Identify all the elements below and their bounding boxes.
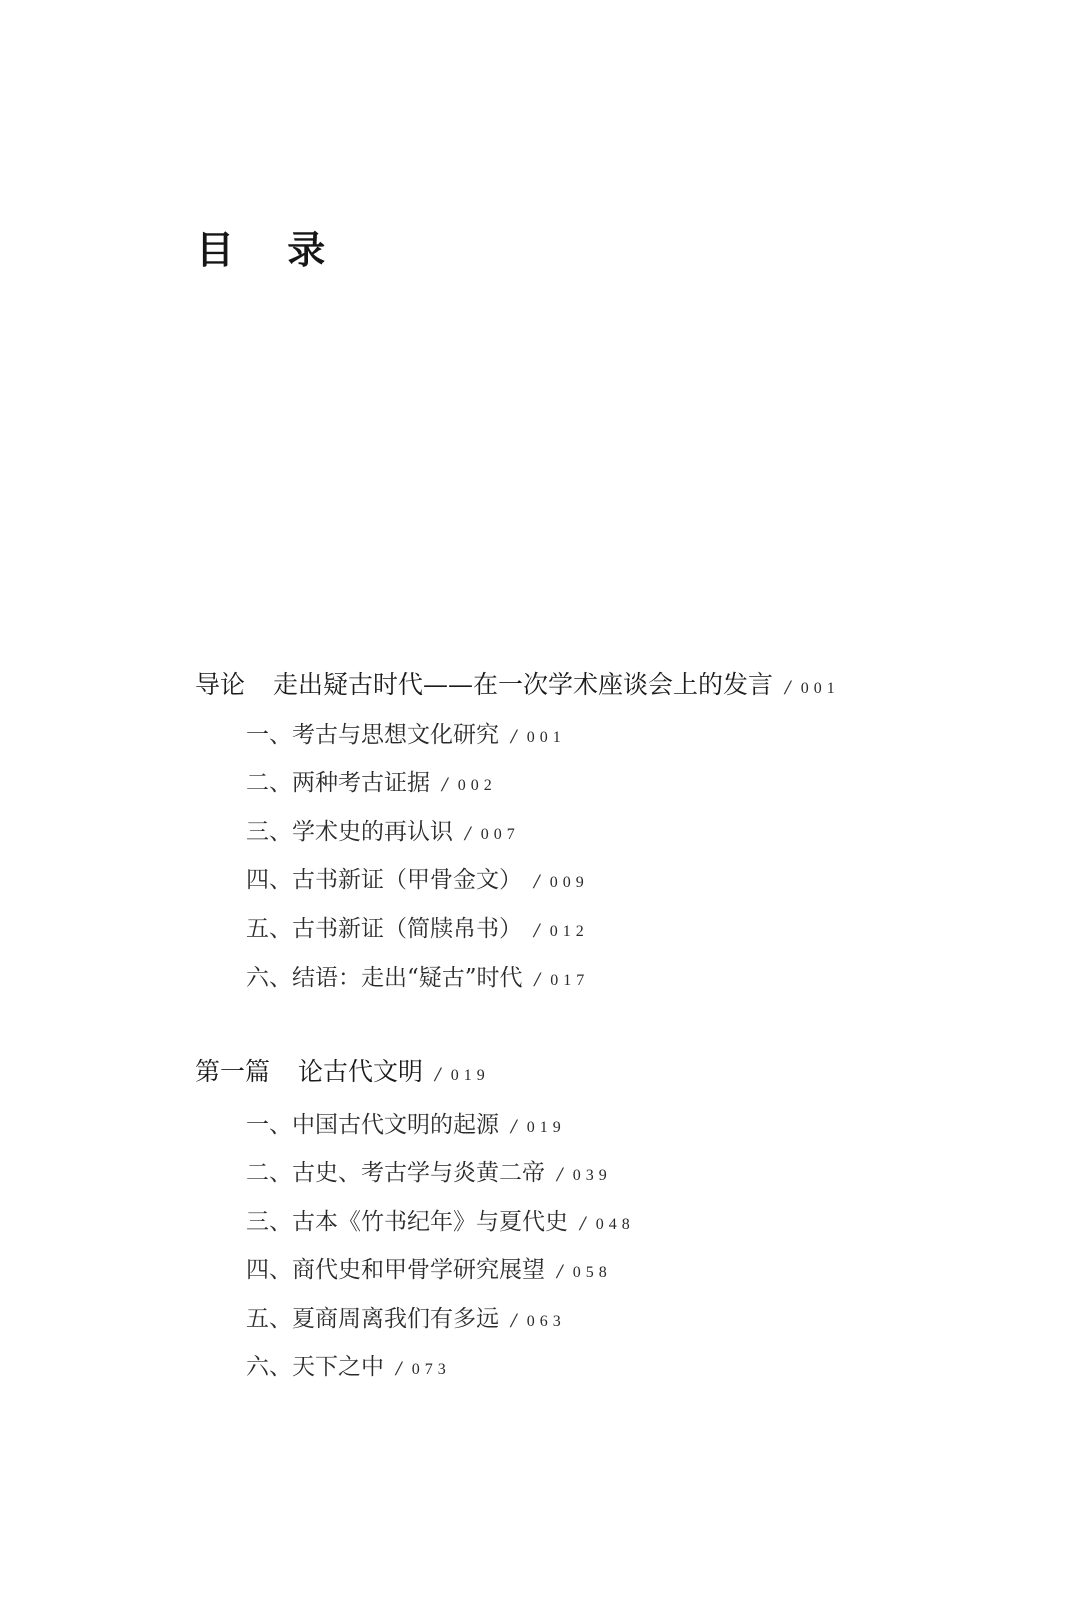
- page-number: 009: [550, 865, 589, 901]
- page-number: 012: [550, 914, 589, 950]
- page-title: 目 录: [196, 226, 345, 274]
- separator: /: [442, 767, 448, 803]
- toc-item-title: 三、古本《竹书纪年》与夏代史: [246, 1209, 568, 1235]
- toc-item-title: 二、古史、考古学与炎黄二帝: [246, 1160, 545, 1186]
- page-number: 017: [550, 963, 589, 999]
- toc-item-title: 四、商代史和甲骨学研究展望: [246, 1257, 545, 1283]
- toc-item-title: 四、古书新证（甲骨金文）: [246, 867, 522, 893]
- toc-heading-title: 走出疑古时代——在一次学术座谈会上的发言: [273, 670, 773, 699]
- toc-item-title: 五、古书新证（简牍帛书）: [246, 916, 522, 942]
- separator: /: [534, 913, 540, 949]
- page-number: 007: [481, 817, 520, 853]
- toc-item-title: 一、中国古代文明的起源: [246, 1112, 499, 1138]
- toc-item[interactable]: 六、结语：走出“疑古”时代/017: [246, 960, 589, 996]
- page-number: 019: [451, 1056, 490, 1096]
- toc-item-title: 一、考古与思想文化研究: [246, 722, 499, 748]
- page-number: 048: [596, 1207, 635, 1243]
- page-number: 019: [527, 1110, 566, 1146]
- toc-item[interactable]: 二、古史、考古学与炎黄二帝/039: [246, 1155, 612, 1191]
- toc-heading[interactable]: 第一篇论古代文明/019: [195, 1052, 490, 1092]
- page-number: 063: [527, 1304, 566, 1340]
- page-number: 001: [527, 720, 566, 756]
- page-number: 002: [458, 768, 497, 804]
- separator: /: [435, 1055, 441, 1095]
- toc-item[interactable]: 二、两种考古证据/002: [246, 765, 497, 801]
- toc-item[interactable]: 四、古书新证（甲骨金文）/009: [246, 862, 589, 898]
- toc-item-title: 三、学术史的再认识: [246, 819, 453, 845]
- toc-item[interactable]: 三、古本《竹书纪年》与夏代史/048: [246, 1204, 635, 1240]
- toc-item[interactable]: 五、古书新证（简牍帛书）/012: [246, 911, 589, 947]
- page-number: 039: [573, 1158, 612, 1194]
- separator: /: [511, 1109, 517, 1145]
- separator: /: [511, 1303, 517, 1339]
- separator: /: [785, 668, 791, 708]
- toc-item-title: 五、夏商周离我们有多远: [246, 1306, 499, 1332]
- separator: /: [580, 1206, 586, 1242]
- separator: /: [511, 719, 517, 755]
- toc-item[interactable]: 六、天下之中/073: [246, 1349, 451, 1385]
- toc-heading-label: 第一篇: [195, 1052, 270, 1092]
- separator: /: [465, 816, 471, 852]
- separator: /: [396, 1351, 402, 1387]
- toc-item-title: 六、结语：走出“疑古”时代: [246, 965, 523, 991]
- toc-item[interactable]: 三、学术史的再认识/007: [246, 814, 520, 850]
- toc-item[interactable]: 一、中国古代文明的起源/019: [246, 1107, 566, 1143]
- toc-item[interactable]: 一、考古与思想文化研究/001: [246, 717, 566, 753]
- toc-item[interactable]: 四、商代史和甲骨学研究展望/058: [246, 1252, 612, 1288]
- page-number: 058: [573, 1255, 612, 1291]
- separator: /: [557, 1157, 563, 1193]
- toc-item-title: 六、天下之中: [246, 1354, 384, 1380]
- separator: /: [534, 864, 540, 900]
- toc-heading-label: 导论: [195, 665, 245, 705]
- page-number: 001: [801, 669, 840, 709]
- toc-item[interactable]: 五、夏商周离我们有多远/063: [246, 1301, 566, 1337]
- separator: /: [535, 962, 541, 998]
- separator: /: [557, 1254, 563, 1290]
- toc-heading[interactable]: 导论走出疑古时代——在一次学术座谈会上的发言/001: [195, 665, 840, 705]
- toc-item-title: 二、两种考古证据: [246, 770, 430, 796]
- toc-heading-title: 论古代文明: [298, 1057, 423, 1086]
- page-number: 073: [412, 1352, 451, 1388]
